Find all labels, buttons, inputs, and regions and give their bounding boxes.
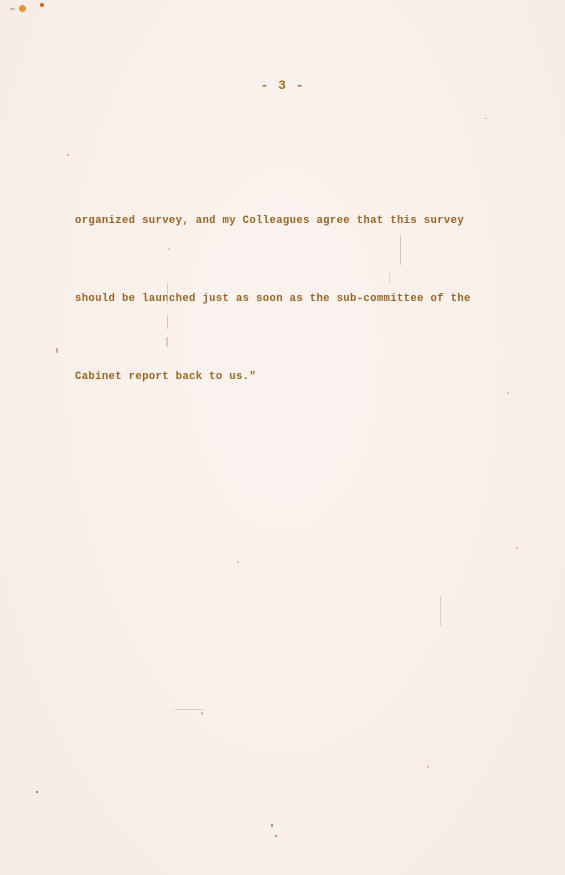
text-line: organized survey, and my Colleagues agre… (75, 208, 515, 234)
text-line: Cabinet report back to us." (75, 364, 515, 390)
scan-mark (440, 596, 441, 626)
scan-mark (167, 315, 168, 329)
scan-speck (484, 118, 487, 119)
ink-stain (19, 5, 26, 12)
scan-mark (166, 337, 168, 347)
page-number: - 3 - (0, 78, 565, 93)
document-page: - 3 - organized survey, and my Colleague… (0, 0, 565, 875)
ink-mark (10, 8, 15, 10)
scan-speck (427, 766, 429, 768)
scan-mark (400, 235, 401, 265)
ink-stain (40, 3, 44, 7)
body-text: organized survey, and my Colleagues agre… (75, 156, 515, 442)
scan-speck (168, 248, 170, 250)
scan-mark (174, 709, 204, 710)
text-line: should be launched just as soon as the s… (75, 286, 515, 312)
scan-speck (516, 547, 518, 549)
scan-mark (167, 283, 168, 305)
scan-speck (201, 712, 203, 715)
scan-speck (271, 824, 273, 827)
scan-mark (389, 270, 390, 284)
scan-speck (36, 791, 38, 793)
scan-speck (275, 835, 277, 837)
scan-speck (67, 154, 69, 156)
scan-speck (237, 561, 239, 563)
scan-speck (56, 348, 58, 353)
scan-speck (507, 392, 509, 394)
